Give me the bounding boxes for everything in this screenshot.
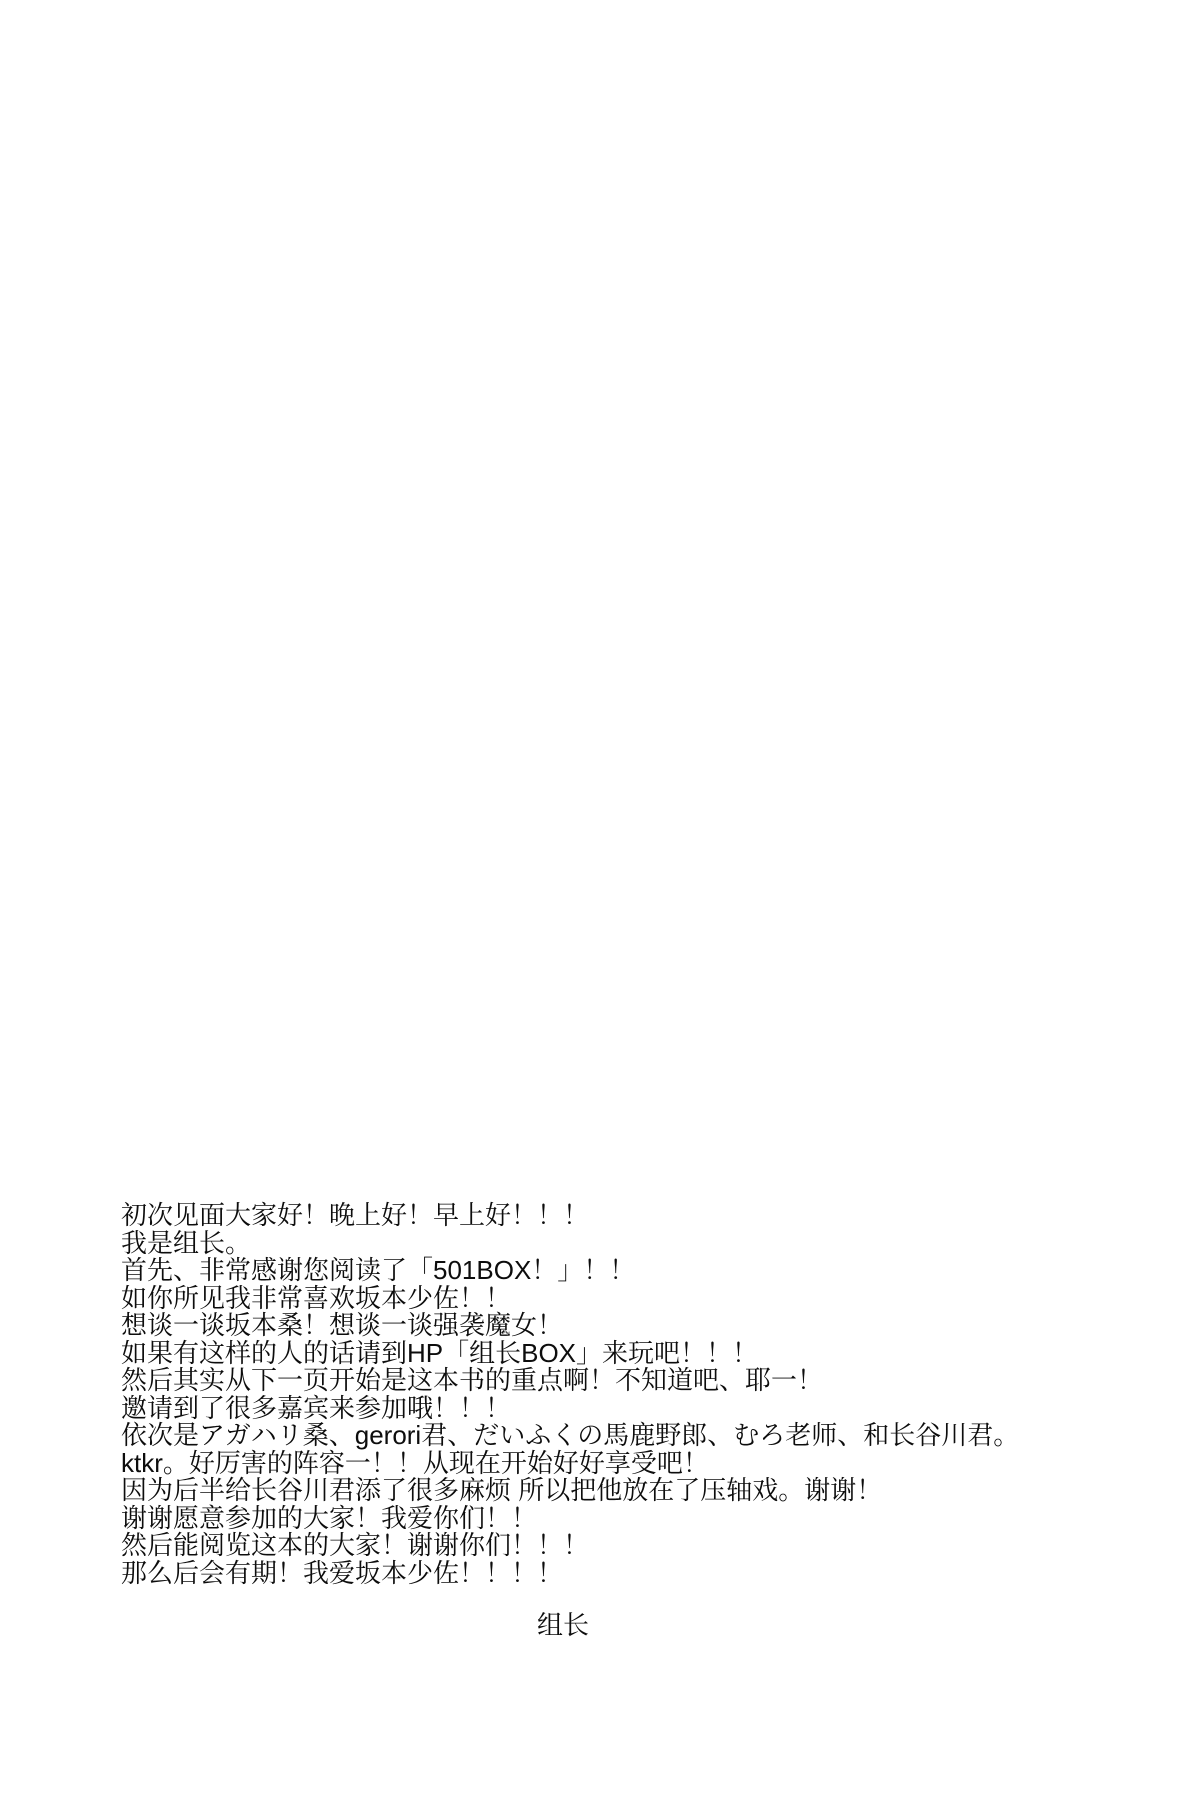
afterword-line: ktkr。好厉害的阵容一！！从现在开始好好享受吧！	[121, 1450, 1019, 1478]
afterword-line: 那么后会有期！我爱坂本少佐！！！！	[121, 1560, 1019, 1588]
afterword-line: 想谈一谈坂本桑！想谈一谈强袭魔女！	[121, 1312, 1019, 1340]
afterword-text-block: 初次见面大家好！晚上好！早上好！！！ 我是组长。 首先、非常感谢您阅读了「501…	[121, 1202, 1019, 1587]
afterword-line: 如你所见我非常喜欢坂本少佐！！	[121, 1285, 1019, 1313]
afterword-line: 因为后半给长谷川君添了很多麻烦 所以把他放在了压轴戏。谢谢！	[121, 1477, 1019, 1505]
afterword-line: 初次见面大家好！晚上好！早上好！！！	[121, 1202, 1019, 1230]
afterword-line: 我是组长。	[121, 1230, 1019, 1258]
author-signature: 组长	[537, 1611, 589, 1639]
afterword-line: 然后其实从下一页开始是这本书的重点啊！不知道吧、耶一！	[121, 1367, 1019, 1395]
afterword-line: 如果有这样的人的话请到HP「组长BOX」来玩吧！！！	[121, 1340, 1019, 1368]
afterword-line: 首先、非常感谢您阅读了「501BOX！」！！	[121, 1257, 1019, 1285]
afterword-line: 依次是アガハリ桑、gerori君、だいふくの馬鹿野郎、むろ老师、和长谷川君。	[121, 1422, 1019, 1450]
afterword-line: 谢谢愿意参加的大家！我爱你们！！	[121, 1505, 1019, 1533]
afterword-page: 初次见面大家好！晚上好！早上好！！！ 我是组长。 首先、非常感谢您阅读了「501…	[0, 0, 1200, 1818]
afterword-line: 然后能阅览这本的大家！谢谢你们！！！	[121, 1532, 1019, 1560]
afterword-line: 邀请到了很多嘉宾来参加哦！！！	[121, 1395, 1019, 1423]
